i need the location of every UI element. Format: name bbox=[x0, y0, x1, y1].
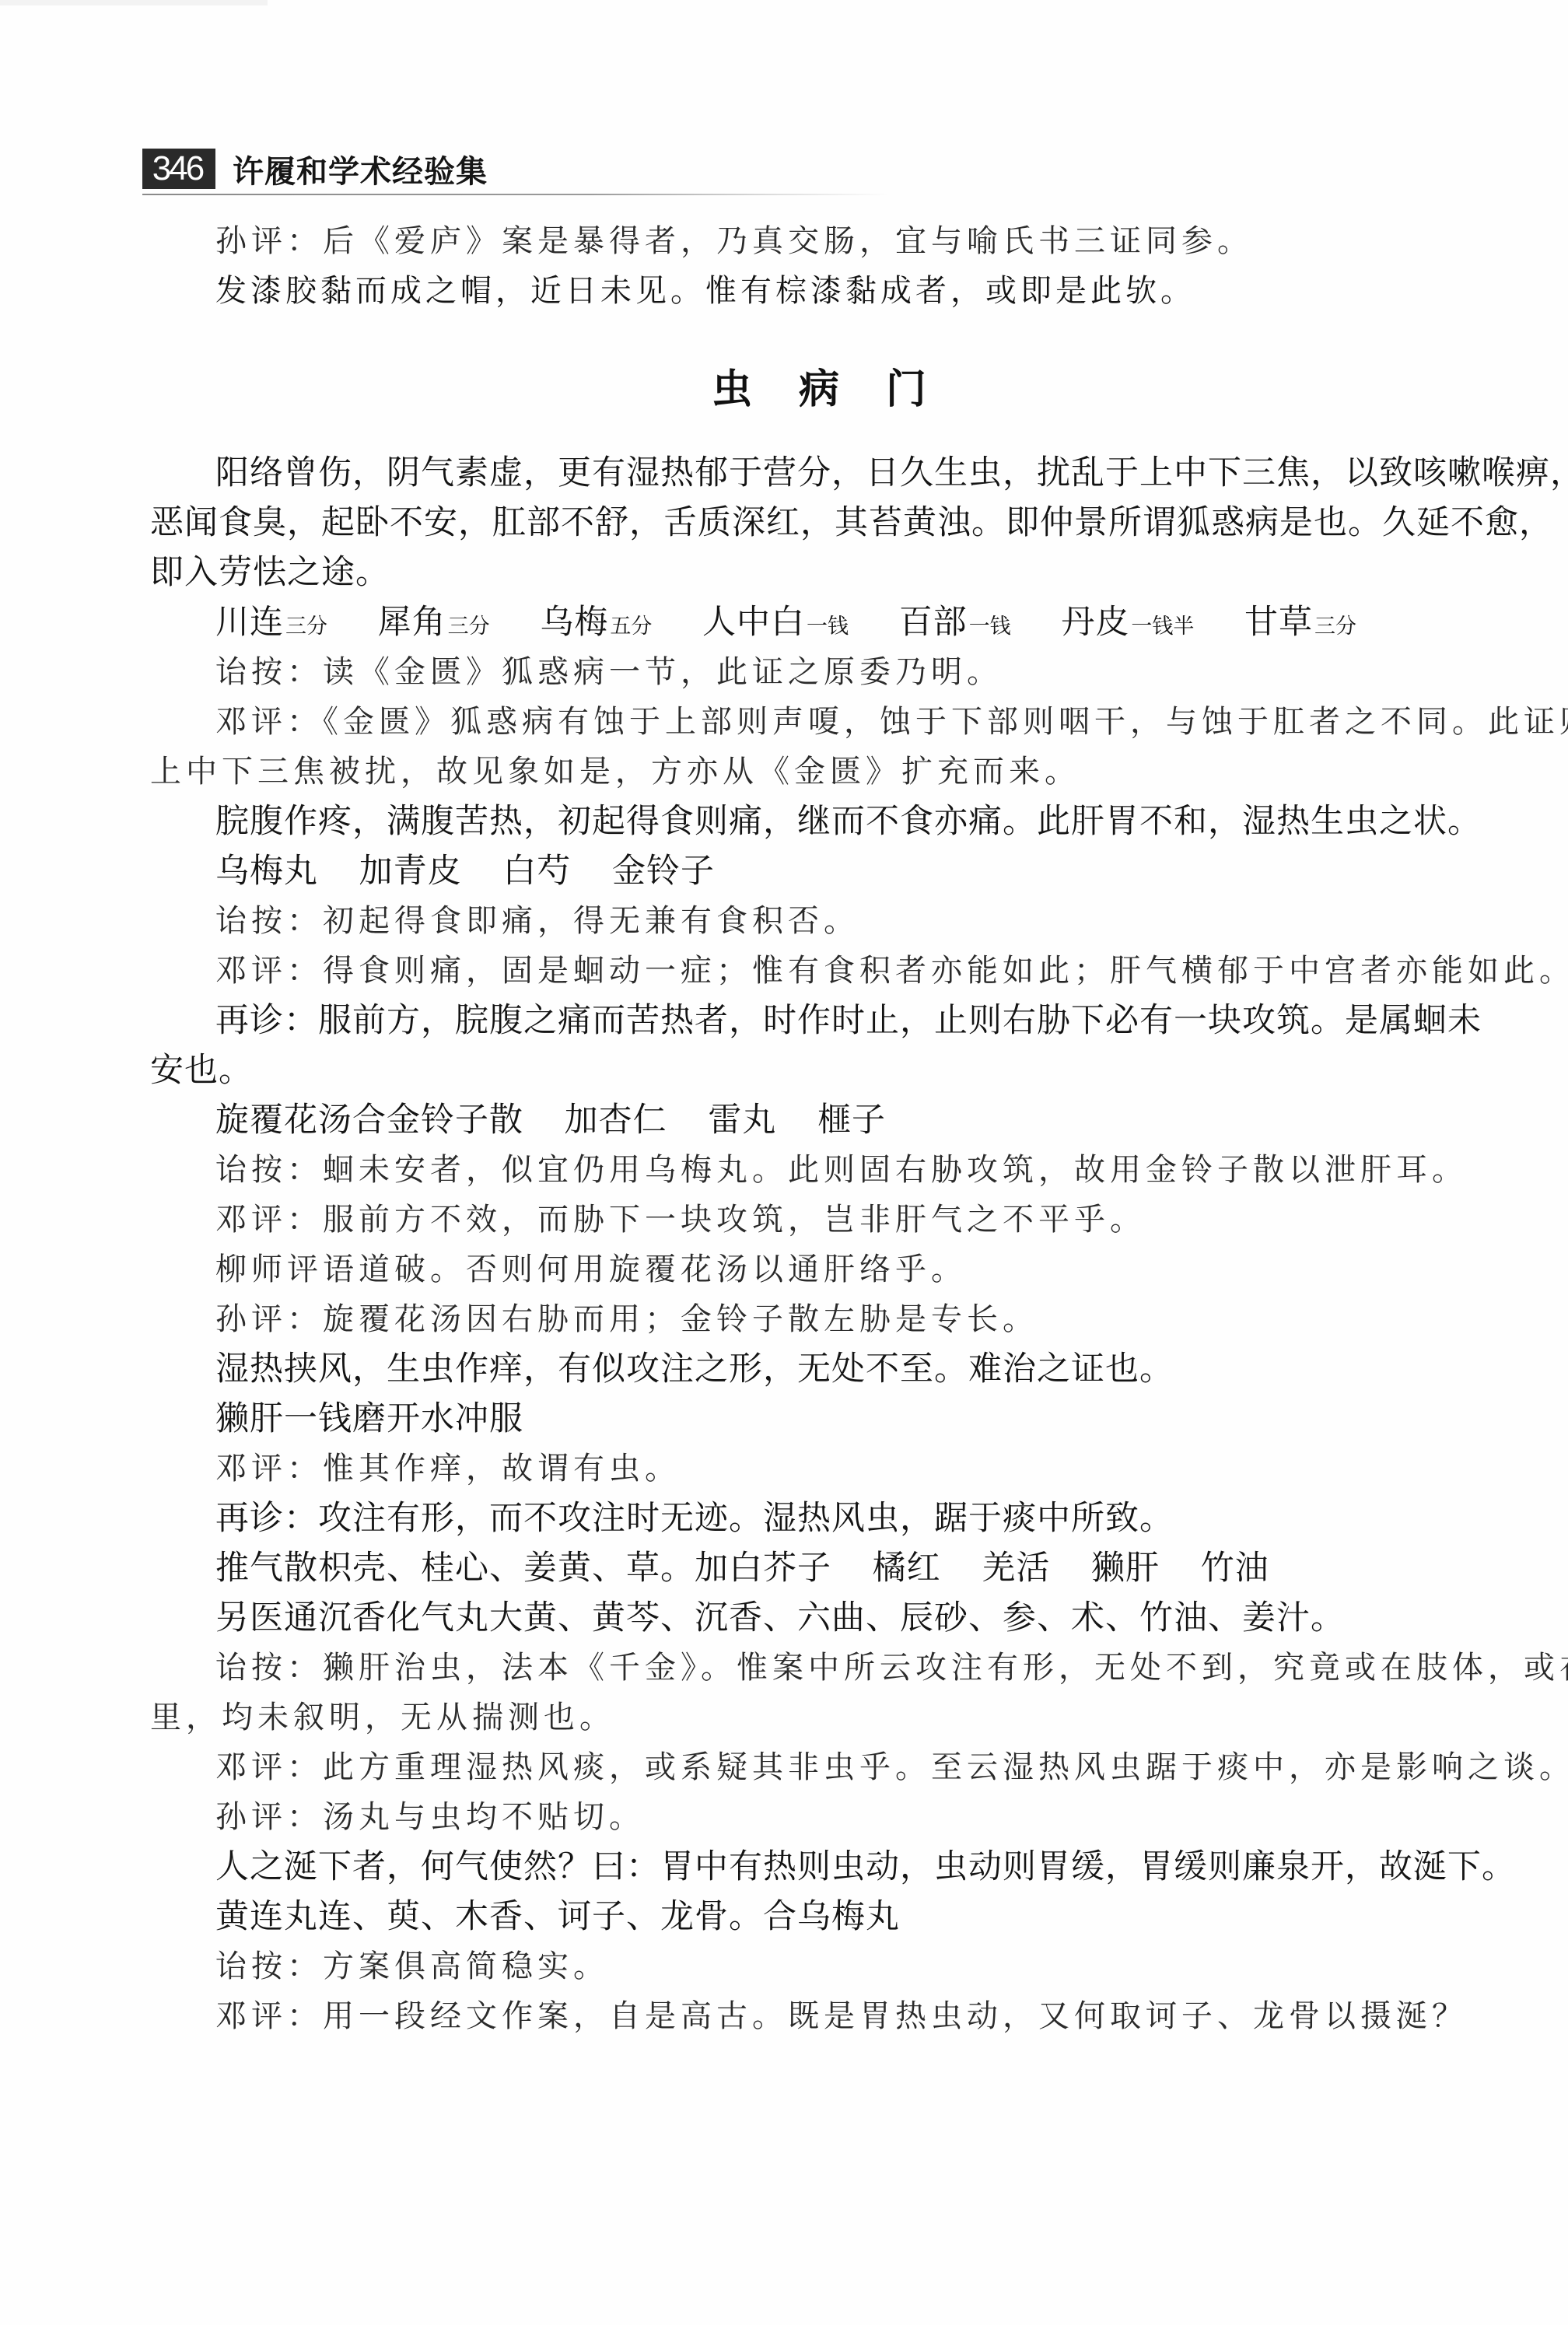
case-text-line: 湿热挟风，生虫作痒，有似攻注之形，无处不至。难治之证也。 bbox=[150, 1344, 1488, 1394]
herb-dose: 一钱 bbox=[969, 615, 1011, 639]
herb-item: 加杏仁 bbox=[565, 1101, 667, 1140]
herb-item: 雷丸 bbox=[708, 1101, 776, 1140]
commentary-line: 孙评：汤丸与虫均不贴切。 bbox=[150, 1792, 1488, 1842]
herb-item: 人中白一钱 bbox=[702, 603, 849, 642]
herb-item: 百部一钱 bbox=[899, 603, 1011, 642]
commentary-line: 柳师评语道破。否则何用旋覆花汤以通肝络乎。 bbox=[150, 1245, 1488, 1294]
commentary-line: 邓评：《金匮》狐惑病有蚀于上部则声嗄，蚀于下部则咽干，与蚀于肛者之不同。此证则 bbox=[150, 697, 1488, 747]
commentary-line: 诒按：初起得食即痛，得无兼有食积否。 bbox=[150, 896, 1488, 946]
herb-item: 白芍 bbox=[502, 852, 571, 891]
commentary-line: 诒按：獭肝治虫，法本《千金》。惟案中所云攻注有形，无处不到，究竟或在肢体，或在腹 bbox=[150, 1643, 1488, 1693]
case-2: 脘腹作疼，满腹苦热，初起得食则痛，继而不食亦痛。此肝胃不和，湿热生虫之状。 乌梅… bbox=[150, 797, 1488, 1344]
prescription-line: 黄连丸连、萸、木香、诃子、龙骨。合乌梅丸 bbox=[150, 1892, 1488, 1942]
prescription-line: 推气散枳壳、桂心、姜黄、草。加白芥子 橘红 羌活 獭肝 竹油 bbox=[150, 1543, 1488, 1593]
herb-item: 丹皮一钱半 bbox=[1061, 603, 1194, 642]
commentary-line: 邓评：得食则痛，固是蛔动一症；惟有食积者亦能如此；肝气横郁于中宫者亦能如此。 bbox=[150, 946, 1488, 996]
page-body: 孙评：后《爱庐》案是暴得者，乃真交肠，宜与喻氏书三证同参。 发漆胶黏而成之帽，近… bbox=[150, 216, 1488, 2041]
text-line: 发漆胶黏而成之帽，近日未见。惟有棕漆黏成者，或即是此欤。 bbox=[150, 266, 1488, 316]
commentary-line: 邓评：此方重理湿热风痰，或系疑其非虫乎。至云湿热风虫踞于痰中，亦是影响之谈。 bbox=[150, 1742, 1488, 1792]
herb-item: 乌梅五分 bbox=[540, 603, 652, 642]
herb-item: 加青皮 bbox=[359, 852, 462, 891]
prescription-line: 另医通沉香化气丸大黄、黄芩、沉香、六曲、辰砂、参、术、竹油、姜汁。 bbox=[150, 1593, 1488, 1643]
commentary-line: 诒按：读《金匮》狐惑病一节，此证之原委乃明。 bbox=[150, 647, 1488, 697]
herb-dose: 一钱 bbox=[807, 615, 849, 639]
case-text-line: 阳络曾伤，阴气素虚，更有湿热郁于营分，日久生虫，扰乱于上中下三焦，以致咳嗽喉痹， bbox=[150, 448, 1488, 498]
prescription-line: 川连三分 犀角三分 乌梅五分 人中白一钱 百部一钱 丹皮一钱半 甘草三分 bbox=[150, 597, 1488, 647]
book-title: 许履和学术经验集 bbox=[233, 147, 488, 191]
herb-item: 榧子 bbox=[817, 1101, 886, 1140]
commentary-line: 邓评：服前方不效，而胁下一块攻筑，岂非肝气之不平乎。 bbox=[150, 1195, 1488, 1245]
commentary-line: 邓评：惟其作痒，故谓有虫。 bbox=[150, 1444, 1488, 1493]
commentary-line: 孙评：旋覆花汤因右胁而用；金铃子散左胁是专长。 bbox=[150, 1294, 1488, 1344]
revisit-line: 再诊：服前方，脘腹之痛而苦热者，时作时止，止则右胁下必有一块攻筑。是属蛔未 bbox=[150, 996, 1488, 1045]
herb-item: 犀角三分 bbox=[378, 603, 490, 642]
revisit-line: 安也。 bbox=[150, 1045, 1488, 1095]
herb-item: 甘草三分 bbox=[1244, 603, 1356, 642]
herb-dose: 一钱半 bbox=[1131, 615, 1194, 639]
commentary-line: 孙评：后《爱庐》案是暴得者，乃真交肠，宜与喻氏书三证同参。 bbox=[150, 216, 1488, 266]
case-1: 阳络曾伤，阴气素虚，更有湿热郁于营分，日久生虫，扰乱于上中下三焦，以致咳嗽喉痹，… bbox=[150, 448, 1488, 797]
herb-item: 乌梅丸 bbox=[215, 852, 318, 891]
case-text-line: 脘腹作疼，满腹苦热，初起得食则痛，继而不食亦痛。此肝胃不和，湿热生虫之状。 bbox=[150, 797, 1488, 846]
case-text-line: 即入劳怯之途。 bbox=[150, 548, 1488, 597]
commentary-line: 诒按：蛔未安者，似宜仍用乌梅丸。此则固右胁攻筑，故用金铃子散以泄肝耳。 bbox=[150, 1145, 1488, 1195]
herb-dose: 三分 bbox=[1314, 615, 1356, 639]
herb-dose: 三分 bbox=[448, 615, 490, 639]
case-text-line: 恶闻食臭，起卧不安，肛部不舒，舌质深红，其苔黄浊。即仲景所谓狐惑病是也。久延不愈… bbox=[150, 498, 1488, 548]
herb-item: 金铃子 bbox=[612, 852, 715, 891]
commentary-line: 邓评：用一段经文作案，自是高古。既是胃热虫动，又何取诃子、龙骨以摄涎？ bbox=[150, 1991, 1488, 2041]
revisit-line: 再诊：攻注有形，而不攻注时无迹。湿热风虫，踞于痰中所致。 bbox=[150, 1493, 1488, 1543]
case-3: 湿热挟风，生虫作痒，有似攻注之形，无处不至。难治之证也。 獭肝一钱磨开水冲服 邓… bbox=[150, 1344, 1488, 1842]
commentary-line: 里，均未叙明，无从揣测也。 bbox=[150, 1693, 1488, 1742]
case-4: 人之涎下者，何气使然？曰：胃中有热则虫动，虫动则胃缓，胃缓则廉泉开，故涎下。 黄… bbox=[150, 1842, 1488, 2041]
section-heading: 虫病门 bbox=[150, 331, 1488, 448]
running-header: 346 许履和学术经验集 bbox=[142, 146, 488, 191]
commentary-line: 诒按：方案俱高简稳实。 bbox=[150, 1942, 1488, 1991]
herb-item: 橘红 bbox=[873, 1549, 941, 1588]
herb-item: 旋覆花汤合金铃子散 bbox=[215, 1101, 523, 1140]
herb-dose: 三分 bbox=[285, 615, 327, 639]
herb-item: 竹油 bbox=[1201, 1549, 1269, 1588]
prescription-line: 旋覆花汤合金铃子散 加杏仁 雷丸 榧子 bbox=[150, 1095, 1488, 1145]
herb-item: 推气散枳壳、桂心、姜黄、草。加白芥子 bbox=[215, 1549, 831, 1588]
herb-dose: 五分 bbox=[610, 615, 652, 639]
prescription-line: 乌梅丸 加青皮 白芍 金铃子 bbox=[150, 846, 1488, 896]
prescription-line: 獭肝一钱磨开水冲服 bbox=[150, 1394, 1488, 1444]
page-number: 346 bbox=[142, 149, 215, 189]
header-divider bbox=[142, 194, 889, 195]
commentary-line: 上中下三焦被扰，故见象如是，方亦从《金匮》扩充而来。 bbox=[150, 747, 1488, 797]
scan-edge bbox=[0, 0, 268, 5]
herb-item: 獭肝 bbox=[1091, 1549, 1160, 1588]
case-text-line: 人之涎下者，何气使然？曰：胃中有热则虫动，虫动则胃缓，胃缓则廉泉开，故涎下。 bbox=[150, 1842, 1488, 1892]
herb-item: 川连三分 bbox=[215, 603, 327, 642]
herb-item: 羌活 bbox=[982, 1549, 1050, 1588]
